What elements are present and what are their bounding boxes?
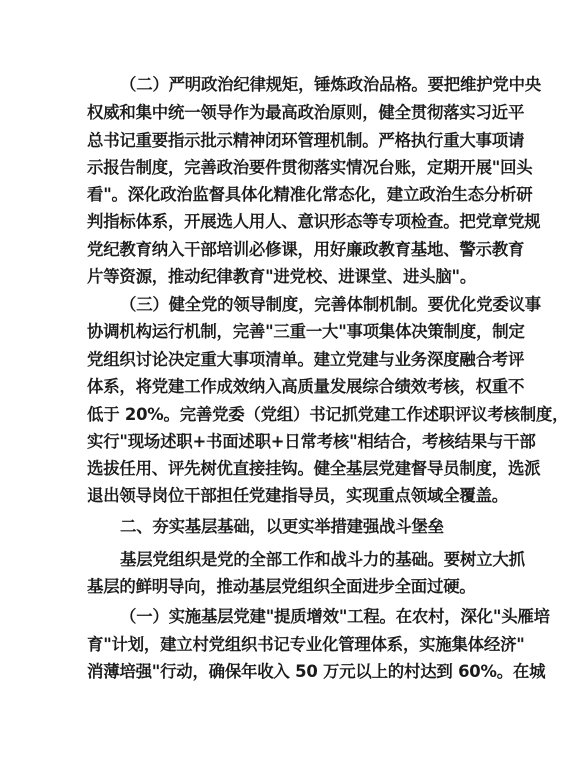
text-line: 低于 20%。完善党委（党组）书记抓党建工作述职评议考核制度， — [87, 404, 489, 426]
text-line: 党组织讨论决定重大事项清单。建立党建与业务深度融合考评 — [87, 349, 489, 371]
section-heading: 二、夯实基层基础，以更实举措建强战斗堡垒 — [120, 516, 489, 538]
text-line: 权威和集中统一领导作为最高政治原则，健全贯彻落实习近平 — [87, 102, 489, 124]
text-line: 协调机构运行机制，完善"三重一大"事项集体决策制度，制定 — [87, 321, 489, 343]
document-page: （二）严明政治纪律规矩，锤炼政治品格。要把维护党中央 权威和集中统一领导作为最高… — [0, 0, 586, 759]
text-line: 实行"现场述职+书面述职+日常考核"相结合，考核结果与干部 — [87, 431, 489, 453]
text-line: 消薄培强"行动，确保年收入 50 万元以上的村达到 60%。在城 — [87, 661, 489, 683]
text-line: 判指标体系，开展选人用人、意识形态等专项检查。把党章党规 — [87, 211, 489, 233]
text-line: 退出领导岗位干部担任党建指导员，实现重点领域全覆盖。 — [87, 485, 489, 507]
text-line: 体系，将党建工作成效纳入高质量发展综合绩效考核，权重不 — [87, 376, 489, 398]
text-line: （三）健全党的领导制度，完善体制机制。要优化党委议事 — [120, 294, 489, 316]
text-line: 选拔任用、评先树优直接挂钩。健全基层党建督导员制度，选派 — [87, 458, 489, 480]
text-line: 基层的鲜明导向，推动基层党组织全面进步全面过硬。 — [87, 576, 489, 598]
text-line: （二）严明政治纪律规矩，锤炼政治品格。要把维护党中央 — [120, 74, 489, 96]
text-line: 党纪教育纳入干部培训必修课，用好廉政教育基地、警示教育 — [87, 239, 489, 261]
text-line: 片等资源，推动纪律教育"进党校、进课堂、进头脑"。 — [87, 266, 489, 288]
text-line: 看"。深化政治监督具体化精准化常态化，建立政治生态分析研 — [87, 184, 489, 206]
text-line: 育"计划，建立村党组织书记专业化管理体系，实施集体经济" — [87, 634, 489, 656]
text-line: （一）实施基层党建"提质增效"工程。在农村，深化"头雁培 — [120, 606, 489, 628]
text-line: 示报告制度，完善政治要件贯彻落实情况台账，定期开展"回头 — [87, 157, 489, 179]
text-line: 总书记重要指示批示精神闭环管理机制。严格执行重大事项请 — [87, 130, 489, 152]
text-line: 基层党组织是党的全部工作和战斗力的基础。要树立大抓 — [120, 549, 489, 571]
